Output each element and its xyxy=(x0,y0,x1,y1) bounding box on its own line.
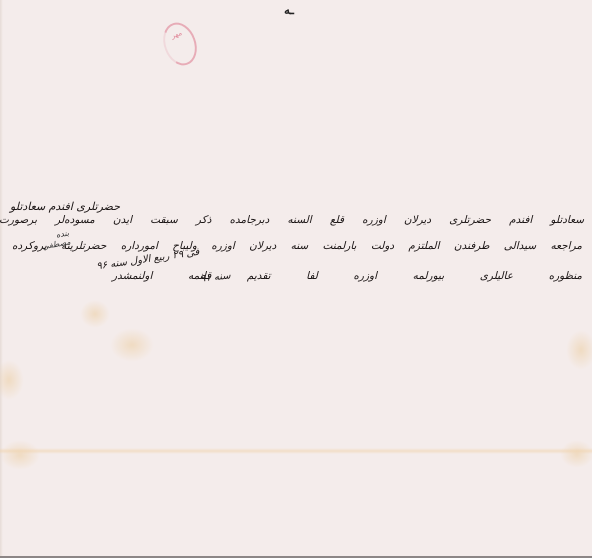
document-page: ـه مهر سعادتلو افندم حضرتلری سعادتلو افن… xyxy=(0,0,592,558)
body-text-line-2: مراجعه سیدالی طرفندن الملتزم دولت بارلمن… xyxy=(12,240,582,252)
seal-text: مهر xyxy=(164,27,189,43)
red-stamp-seal: مهر xyxy=(157,18,202,70)
salutation-heading: سعادتلو افندم حضرتلری xyxy=(10,200,120,213)
heading-word: افندم xyxy=(49,200,73,213)
paper-stain xyxy=(0,360,24,400)
body-text-line-3: منظوره عالیلری بیورلمه اوزره لفا تقدیم ق… xyxy=(112,270,582,282)
page-mark: ـه xyxy=(284,3,294,17)
paper-stain xyxy=(560,440,592,468)
body-text-line-1: سعادتلو افندم حضرتلری دیرلان اوزره قلع ا… xyxy=(0,214,584,226)
paper-stain xyxy=(110,328,154,362)
paper-stain xyxy=(566,330,592,370)
heading-word: حضرتلری xyxy=(76,200,120,213)
paper-fold-line xyxy=(0,448,592,454)
heading-word: سعادتلو xyxy=(10,200,45,213)
date-year: سنه ۹۱ xyxy=(200,270,232,284)
paper-stain xyxy=(80,300,110,328)
paper-left-edge xyxy=(0,0,3,558)
paper-stain xyxy=(0,440,40,470)
